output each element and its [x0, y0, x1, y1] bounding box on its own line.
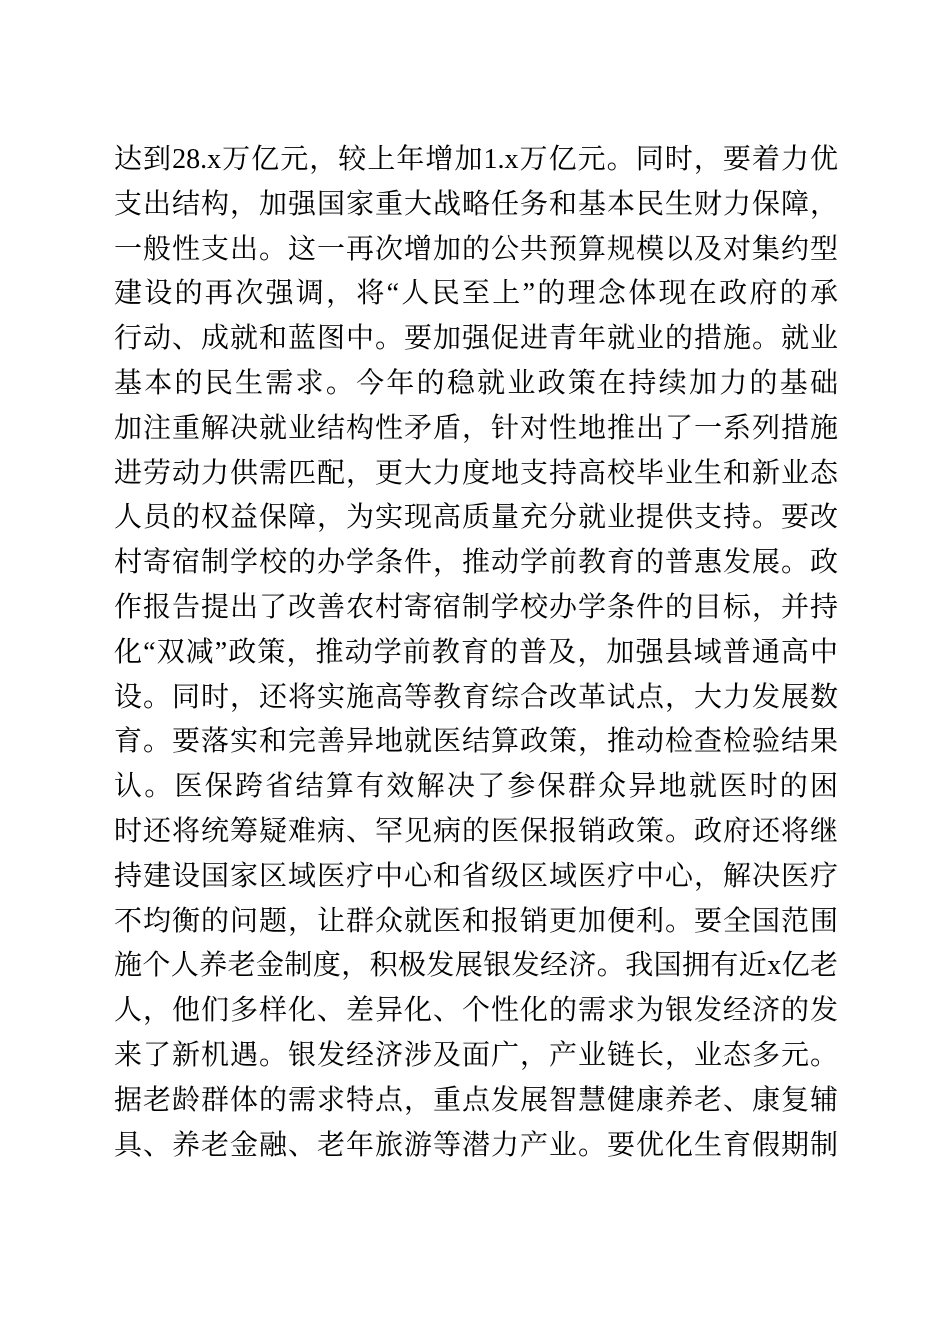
- document-page: 达到28.x万亿元，较上年增加1.x万亿元。同时，要着力优化支出结构，加强国家重…: [0, 0, 950, 1344]
- text-line: 具、养老金融、老年旅游等潜力产业。要优化生育假期制度，: [114, 1124, 838, 1169]
- text-line: 行动、成就和蓝图中。要加强促进青年就业的措施。就业是最: [114, 317, 838, 362]
- text-line: 加注重解决就业结构性矛盾，针对性地推出了一系列措施来促: [114, 407, 838, 452]
- text-line: 建设的再次强调，将“人民至上”的理念体现在政府的承诺、: [114, 272, 838, 317]
- text-line: 化“双减”政策，推动学前教育的普及，加强县域普通高中建: [114, 631, 838, 676]
- text-line: 持建设国家区域医疗中心和省级区域医疗中心，解决医疗资源: [114, 855, 838, 900]
- text-line: 人，他们多样化、差异化、个性化的需求为银发经济的发展带: [114, 989, 838, 1034]
- text-line: 达到28.x万亿元，较上年增加1.x万亿元。同时，要着力优化: [114, 138, 838, 183]
- text-line: 作报告提出了改善农村寄宿制学校办学条件的目标，并持续深: [114, 586, 838, 631]
- text-line: 支出结构，加强国家重大战略任务和基本民生财力保障，严控: [114, 183, 838, 228]
- body-text-block: 达到28.x万亿元，较上年增加1.x万亿元。同时，要着力优化支出结构，加强国家重…: [114, 138, 838, 1168]
- text-line: 一般性支出。这一再次增加的公共预算规模以及对集约型政府: [114, 228, 838, 273]
- text-line: 基本的民生需求。今年的稳就业政策在持续加力的基础上，更: [114, 362, 838, 407]
- text-line: 来了新机遇。银发经济涉及面广，产业链长，业态多元。应根: [114, 1034, 838, 1079]
- text-line: 设。同时，还将实施高等教育综合改革试点，大力发展数字教: [114, 676, 838, 721]
- text-line: 据老龄群体的需求特点，重点发展智慧健康养老、康复辅助器: [114, 1079, 838, 1124]
- text-line: 施个人养老金制度，积极发展银发经济。我国拥有近x亿老年: [114, 944, 838, 989]
- text-line: 村寄宿制学校的办学条件，推动学前教育的普惠发展。政府工: [114, 541, 838, 586]
- text-line: 进劳动力供需匹配，更大力度地支持高校毕业生和新业态就业: [114, 452, 838, 497]
- text-line: 不均衡的问题，让群众就医和报销更加便利。要全国范围内实: [114, 900, 838, 945]
- text-line: 时还将统筹疑难病、罕见病的医保报销政策。政府还将继续支: [114, 810, 838, 855]
- text-line: 认。医保跨省结算有效解决了参保群众异地就医时的困难，同: [114, 765, 838, 810]
- text-line: 育。要落实和完善异地就医结算政策，推动检查检验结果的互: [114, 720, 838, 765]
- text-line: 人员的权益保障，为实现高质量充分就业提供支持。要改善农: [114, 496, 838, 541]
